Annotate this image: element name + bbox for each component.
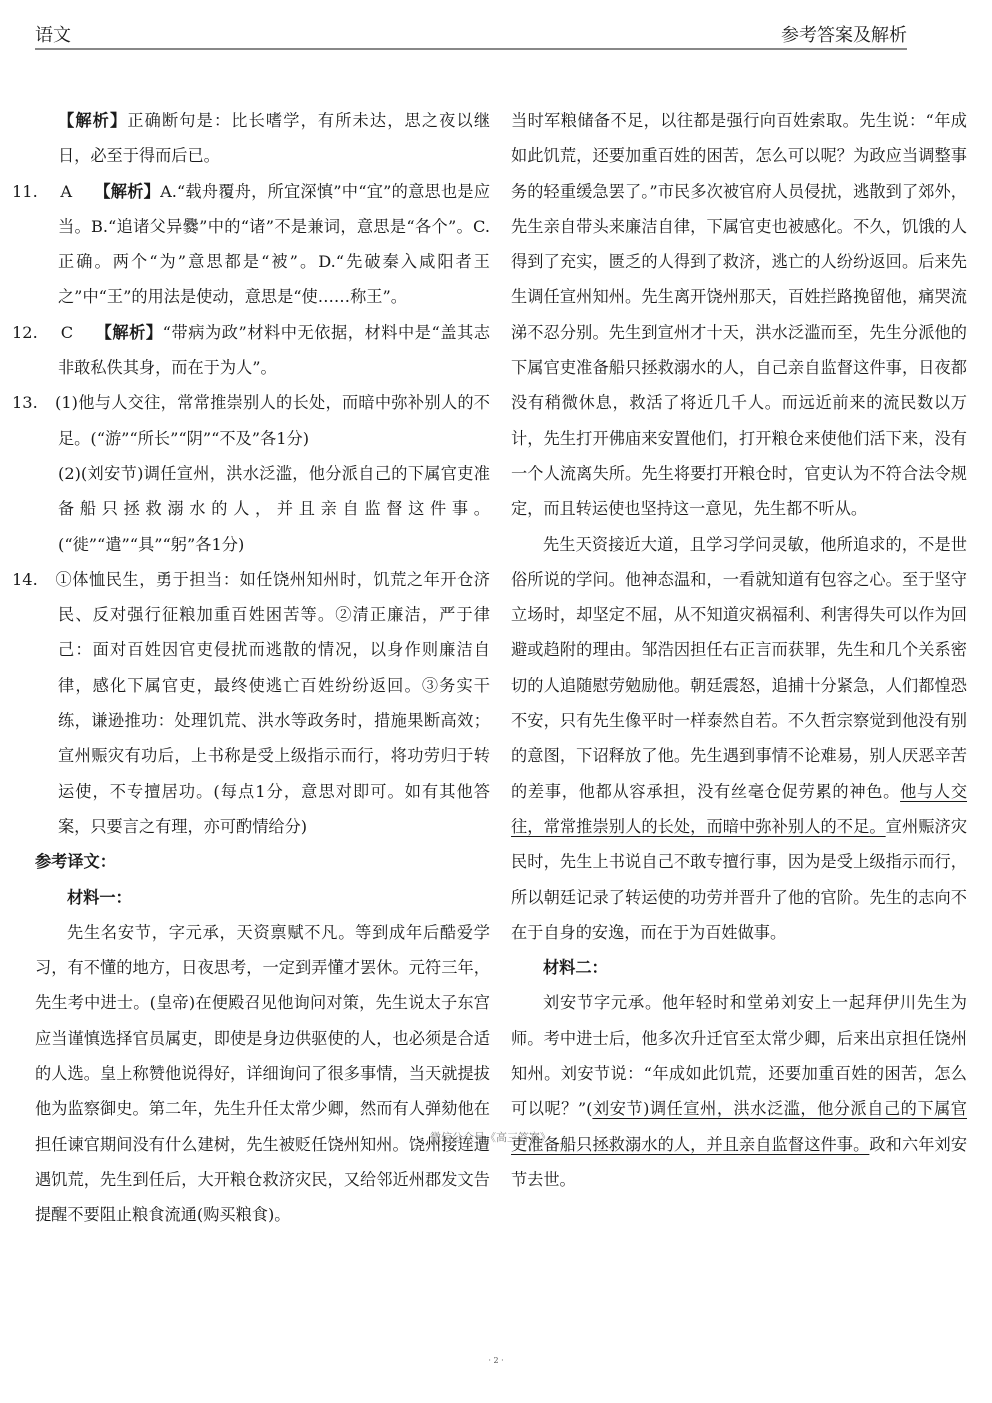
material2-paragraph: 刘安节字元承。他年轻时和堂弟刘安上一起拜伊川先生为师。考中进士后，他多次升迁官至… <box>511 985 967 1197</box>
material1-heading: 材料一： <box>35 880 490 915</box>
material1-paragraph1-continued: 当时军粮储备不足，以往都是强行向百姓索取。先生说：“年成如此饥荒，还要加重百姓的… <box>511 103 967 527</box>
q11-answer: 11. A【解析】A.“载舟覆舟，所宜深慎”中“宜”的意思也是应当。B.“追诸父… <box>35 174 490 315</box>
subject-label: 语文 <box>35 21 71 47</box>
page-header: 语文 参考答案及解析 <box>35 26 907 50</box>
analysis-label: 【解析】 <box>58 111 127 130</box>
q13-answer-part2: (2)(刘安节)调任宣州，洪水泛滥，他分派自己的下属官吏准备船只拯救溺水的人，并… <box>35 456 490 562</box>
q10-analysis: 【解析】正确断句是：比长嗜学，有所未达，思之夜以继日，必至于得而后已。 <box>35 103 490 174</box>
q14-answer: 14.①体恤民生，勇于担当：如任饶州知州时，饥荒之年开仓济民、反对强行征粮加重百… <box>35 562 490 844</box>
material2-heading: 材料二： <box>511 950 967 985</box>
header-title: 参考答案及解析 <box>781 21 907 47</box>
right-column: 当时军粮储备不足，以往都是强行向百姓索取。先生说：“年成如此饥荒，还要加重百姓的… <box>511 103 967 1197</box>
page-number: · 2 · <box>0 1356 992 1365</box>
left-column: 【解析】正确断句是：比长嗜学，有所未达，思之夜以继日，必至于得而后已。 11. … <box>35 103 490 1233</box>
watermark: 微信公众号《高三答案》 <box>430 1129 551 1145</box>
q13-answer-part1: 13.(1)他与人交往，常常推崇别人的长处，而暗中弥补别人的不足。(“游”“所长… <box>35 385 490 456</box>
translation-heading: 参考译文： <box>35 844 490 879</box>
material1-paragraph2: 先生天资接近大道，且学习学问灵敏，他所追求的，不是世俗所说的学问。他神态温和，一… <box>511 527 967 951</box>
material1-paragraph1: 先生名安节，字元承，天资禀赋不凡。等到成年后酷爱学习，有不懂的地方，日夜思考，一… <box>35 915 490 1233</box>
q12-answer: 12. C【解析】“带病为政”材料中无依据，材料中是“盖其志非敢私佚其身，而在于… <box>35 315 490 386</box>
